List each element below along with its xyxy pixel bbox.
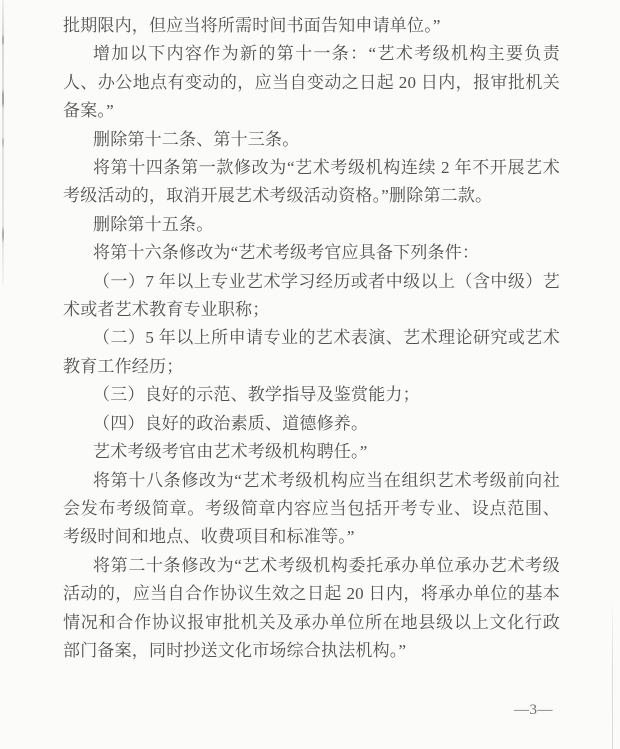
paragraph: 将第十六条修改为“艺术考级考官应具备下列条件： (63, 239, 560, 267)
paragraph: 将第十八条修改为“艺术考级机构应当在组织艺术考级前向社会发布考级简章。考级简章内… (63, 467, 560, 552)
paragraph: 将第十四条第一款修改为“艺术考级机构连续 2 年不开展艺术考级活动的，取消开展艺… (63, 154, 560, 211)
paragraph: 批期限内，但应当将所需时间书面告知申请单位。” (63, 12, 560, 40)
paragraph: 艺术考级考官由艺术考级机构聘任。” (63, 438, 560, 466)
paragraph: （二）5 年以上所申请专业的艺术表演、艺术理论研究或艺术教育工作经历； (63, 324, 560, 381)
scanned-document-page: 批期限内，但应当将所需时间书面告知申请单位。” 增加以下内容作为新的第十一条：“… (0, 0, 620, 749)
paragraph: 删除第十五条。 (63, 211, 560, 239)
page-number: —3— (63, 702, 553, 719)
document-body: 批期限内，但应当将所需时间书面告知申请单位。” 增加以下内容作为新的第十一条：“… (63, 12, 560, 665)
scan-artifact-right-edge (612, 598, 613, 749)
paragraph: （一）7 年以上专业艺术学习经历或者中级以上（含中级）艺术或者艺术教育专业职称； (63, 268, 560, 325)
paragraph: 将第二十条修改为“艺术考级机构委托承办单位承办艺术考级活动的，应当自合作协议生效… (63, 552, 560, 666)
paragraph: 增加以下内容作为新的第十一条：“艺术考级机构主要负责人、办公地点有变动的，应当自… (63, 40, 560, 125)
paragraph: 删除第十二条、第十三条。 (63, 126, 560, 154)
scan-artifact-left-edge (2, 0, 4, 286)
paragraph: （三）良好的示范、教学指导及鉴赏能力； (63, 381, 560, 409)
paragraph: （四）良好的政治素质、道德修养。 (63, 410, 560, 438)
